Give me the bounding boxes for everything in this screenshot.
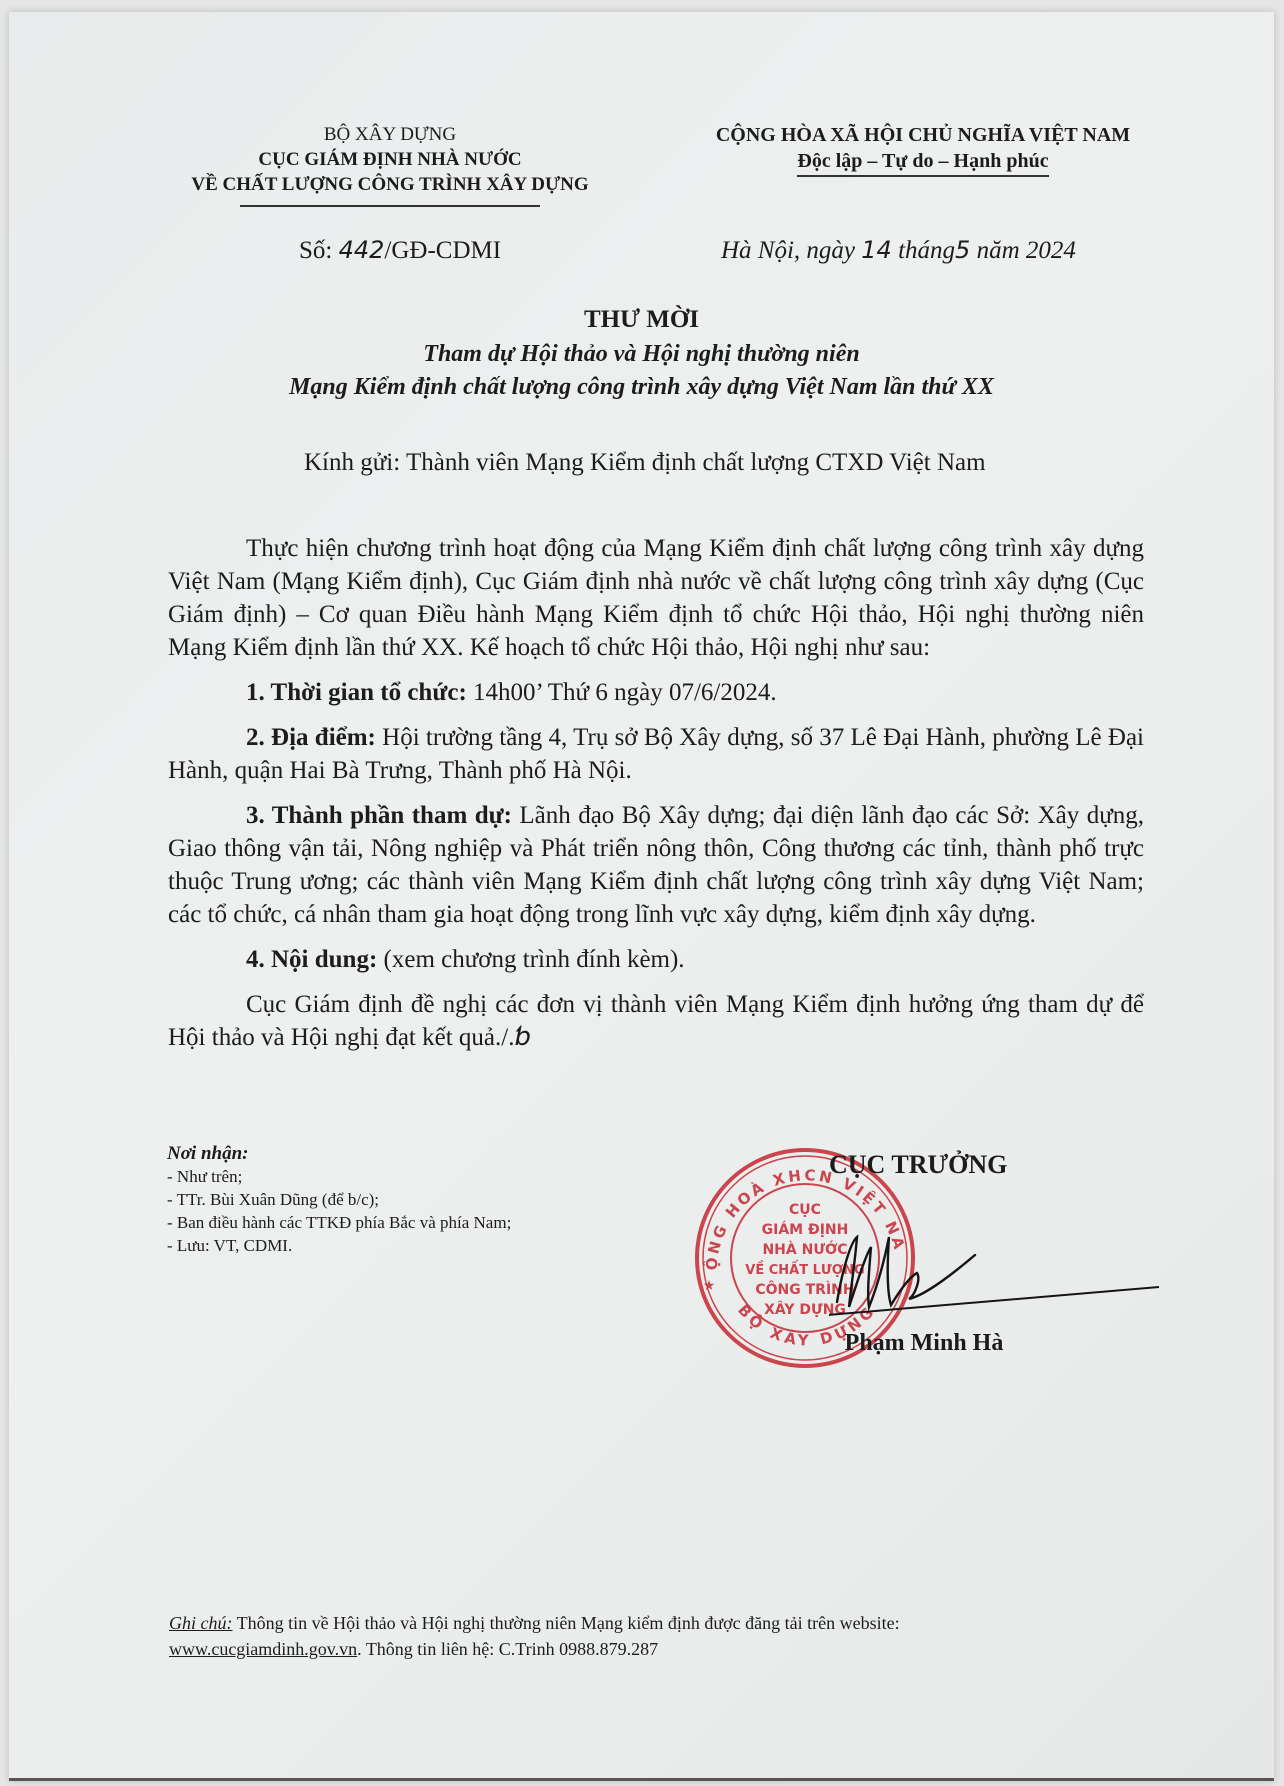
date-month: 5 [955, 236, 970, 264]
document-subtitle-line1: Tham dự Hội thảo và Hội nghị thường niên [9, 341, 1274, 368]
document-number: Số: 442/GĐ-CDMI [299, 236, 501, 265]
header-underline [240, 205, 540, 207]
contact-info: . Thông tin liên hệ: C.Trinh 0988.879.28… [357, 1639, 658, 1659]
item-label: 3. Thành phần tham dự: [246, 802, 512, 829]
note-text: Thông tin về Hội thảo và Hội nghị thường… [232, 1613, 899, 1633]
nation-name: CỘNG HÒA XÃ HỘI CHỦ NGHĨA VIỆT NAM [692, 122, 1154, 148]
date-day: 14 [861, 236, 892, 264]
addressee: Kính gửi: Thành viên Mạng Kiểm định chất… [304, 449, 986, 477]
date-year: năm 2024 [970, 237, 1076, 264]
document-page: BỘ XÂY DỰNG CỤC GIÁM ĐỊNH NHÀ NƯỚC VỀ CH… [9, 12, 1274, 1781]
item-text: (xem chương trình đính kèm). [377, 946, 684, 973]
doc-number-prefix: Số: [299, 237, 339, 264]
date-line: Hà Nội, ngày 14 tháng5 năm 2024 [721, 236, 1076, 265]
closing-text: Cục Giám định đề nghị các đơn vị thành v… [168, 991, 1144, 1051]
item-content: 4. Nội dung: (xem chương trình đính kèm)… [168, 943, 1144, 976]
website-link[interactable]: www.cucgiamdinh.gov.vn [169, 1639, 357, 1659]
agency-name-line2: VỀ CHẤT LƯỢNG CÔNG TRÌNH XÂY DỰNG [185, 172, 595, 197]
item-label: 4. Nội dung: [246, 946, 377, 973]
item-location: 2. Địa điểm: Hội trường tầng 4, Trụ sở B… [168, 721, 1144, 787]
recipient-item: - Lưu: VT, CDMI. [167, 1234, 511, 1257]
item-text: 14h00’ Thứ 6 ngày 07/6/2024. [467, 679, 777, 706]
national-header: CỘNG HÒA XÃ HỘI CHỦ NGHĨA VIỆT NAM Độc l… [692, 122, 1154, 177]
item-label: 1. Thời gian tổ chức: [246, 679, 467, 706]
signer-name: Phạm Minh Hà [829, 1330, 1019, 1357]
signer-title: CỤC TRƯỞNG [829, 1150, 1007, 1180]
doc-number-handwritten: 442 [339, 236, 385, 264]
document-subtitle-line2: Mạng Kiểm định chất lượng công trình xây… [9, 374, 1274, 401]
document-title: THƯ MỜI [9, 306, 1274, 334]
svg-text:CỤC: CỤC [789, 1202, 821, 1218]
recipients-heading: Nơi nhận: [167, 1142, 511, 1165]
item-participants: 3. Thành phần tham dự: Lãnh đạo Bộ Xây d… [168, 799, 1144, 931]
svg-text:★: ★ [703, 1278, 716, 1294]
intro-paragraph: Thực hiện chương trình hoạt động của Mạn… [168, 532, 1144, 664]
date-place: Hà Nội, ngày [721, 237, 861, 264]
national-motto: Độc lập – Tự do – Hạnh phúc [797, 148, 1048, 177]
item-label: 2. Địa điểm: [246, 724, 376, 751]
agency-name-line1: CỤC GIÁM ĐỊNH NHÀ NƯỚC [185, 147, 595, 172]
note-label: Ghi chú: [169, 1613, 232, 1633]
recipient-item: - TTr. Bùi Xuân Dũng (để b/c); [167, 1188, 511, 1211]
initial-mark-icon: ƅ [514, 1022, 531, 1052]
issuing-agency-header: BỘ XÂY DỰNG CỤC GIÁM ĐỊNH NHÀ NƯỚC VỀ CH… [185, 122, 595, 207]
recipient-item: - Ban điều hành các TTKĐ phía Bắc và phí… [167, 1211, 511, 1234]
closing-paragraph: Cục Giám định đề nghị các đơn vị thành v… [168, 988, 1144, 1054]
item-time: 1. Thời gian tổ chức: 14h00’ Thứ 6 ngày … [168, 676, 1144, 709]
doc-number-suffix: /GĐ-CDMI [384, 237, 501, 264]
ministry-name: BỘ XÂY DỰNG [185, 122, 595, 147]
letter-body: Thực hiện chương trình hoạt động của Mạn… [168, 532, 1144, 1066]
footnote: Ghi chú: Thông tin về Hội thảo và Hội ng… [169, 1610, 900, 1662]
handwritten-signature-icon [829, 1207, 1159, 1327]
date-month-label: tháng [892, 237, 955, 264]
recipients-list: Nơi nhận: - Như trên; - TTr. Bùi Xuân Dũ… [167, 1142, 511, 1257]
recipient-item: - Như trên; [167, 1165, 511, 1188]
